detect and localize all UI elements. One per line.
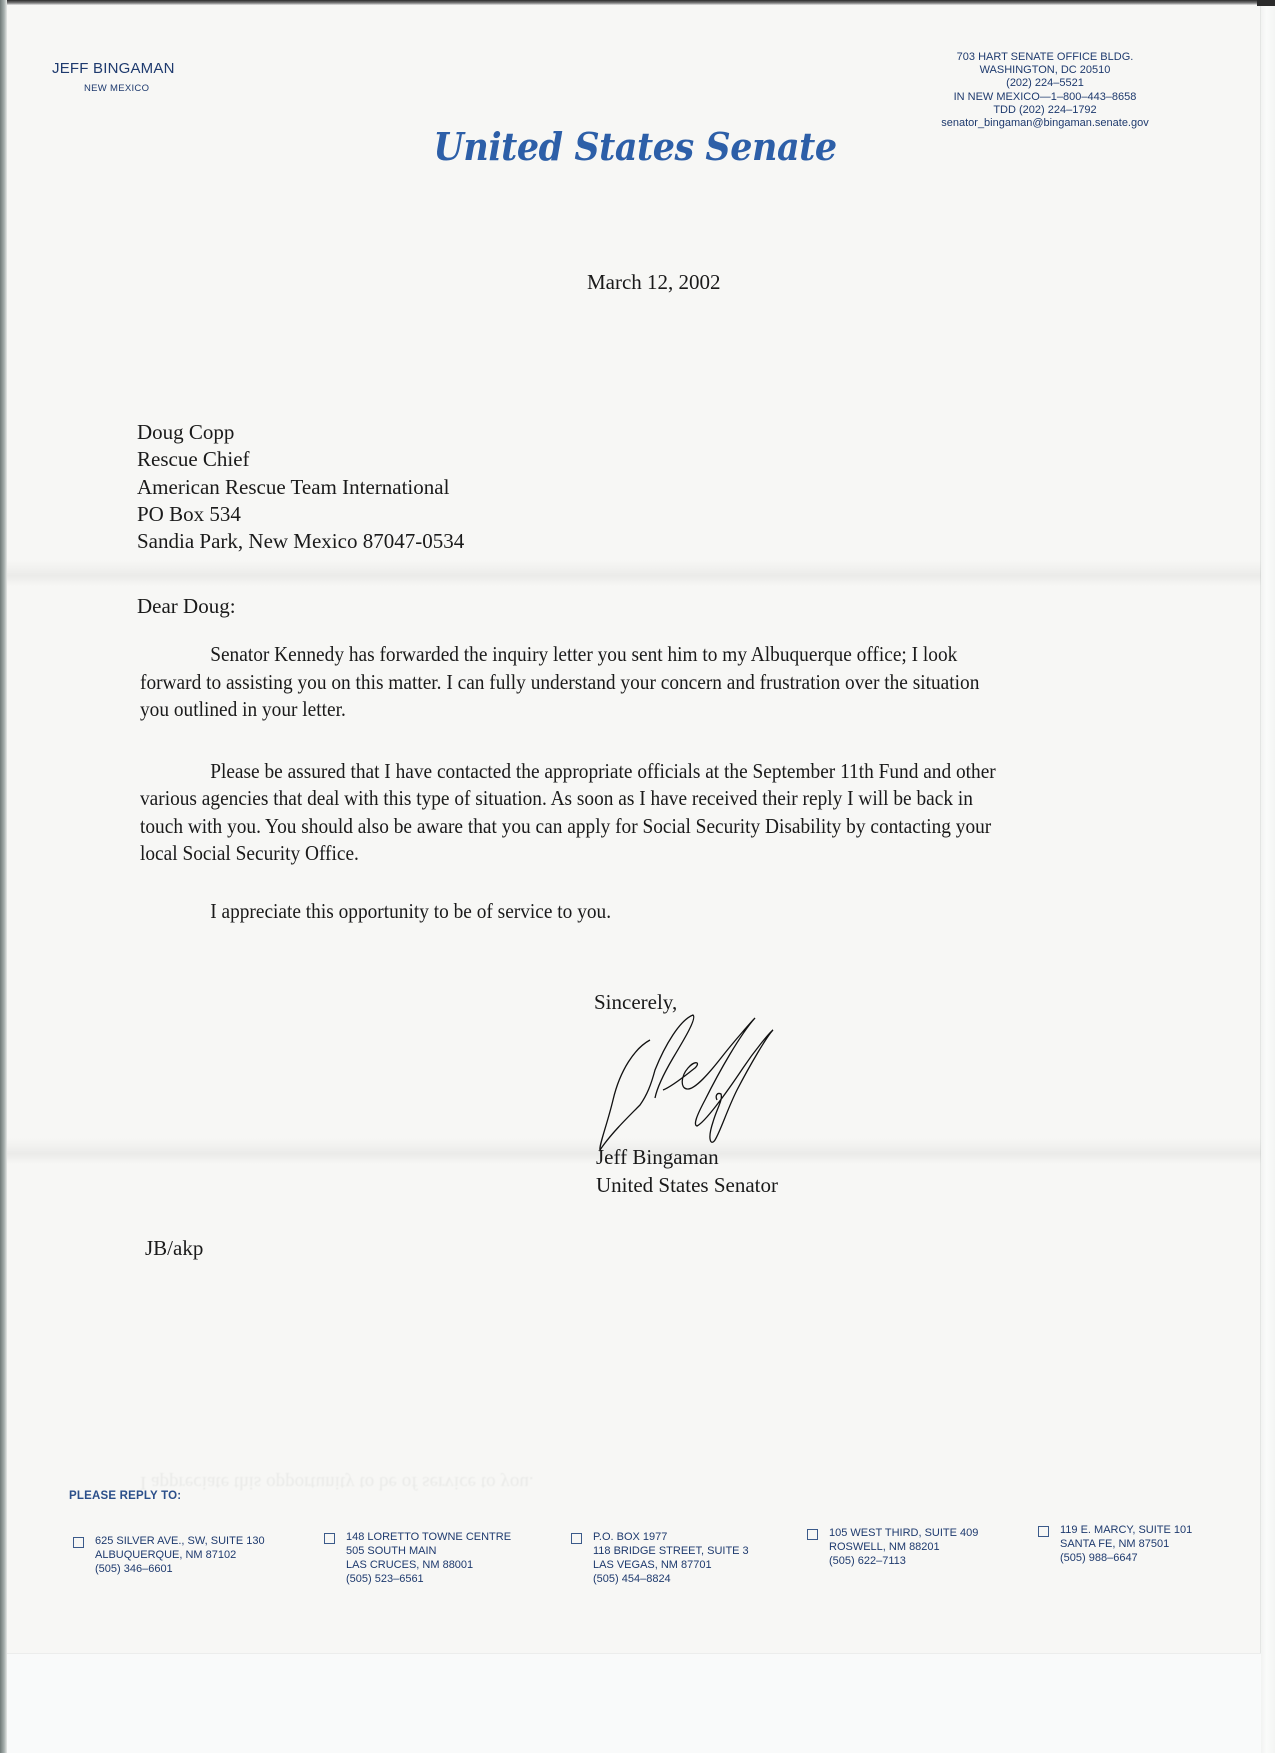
reply-to-label: PLEASE REPLY TO: <box>69 1490 181 1502</box>
recipient-organization: American Rescue Team International <box>137 474 464 501</box>
page-bottom-edge <box>7 1653 1261 1753</box>
office-albuquerque: 625 SILVER AVE., SW, SUITE 130 ALBUQUERQ… <box>95 1534 265 1576</box>
office-phone: (505) 346–6601 <box>95 1562 265 1576</box>
contact-nm-phone: IN NEW MEXICO—1–800–443–8658 <box>895 91 1195 104</box>
office-line: SANTA FE, NM 87501 <box>1060 1537 1192 1551</box>
contact-city: WASHINGTON, DC 20510 <box>895 64 1195 77</box>
sender-state: NEW MEXICO <box>84 83 149 94</box>
office-line: 119 E. MARCY, SUITE 101 <box>1060 1523 1192 1537</box>
recipient-city: Sandia Park, New Mexico 87047-0534 <box>137 528 464 555</box>
office-phone: (505) 622–7113 <box>829 1554 978 1568</box>
recipient-title: Rescue Chief <box>137 446 464 473</box>
recipient-po-box: PO Box 534 <box>137 501 464 528</box>
office-checkbox[interactable] <box>571 1533 582 1544</box>
office-las-cruces: 148 LORETTO TOWNE CENTRE 505 SOUTH MAIN … <box>346 1530 511 1586</box>
office-line: 505 SOUTH MAIN <box>346 1544 511 1558</box>
paper-fold-line <box>7 560 1261 586</box>
signer-block: Jeff Bingaman United States Senator <box>596 1143 778 1199</box>
office-phone: (505) 454–8824 <box>593 1572 749 1586</box>
contact-address: 703 HART SENATE OFFICE BLDG. <box>895 51 1195 64</box>
office-checkbox[interactable] <box>1038 1526 1049 1537</box>
body-paragraph: Senator Kennedy has forwarded the inquir… <box>140 641 1004 724</box>
reference-initials: JB/akp <box>145 1236 203 1261</box>
body-paragraph: I appreciate this opportunity to be of s… <box>140 898 1004 926</box>
office-las-vegas: P.O. BOX 1977 118 BRIDGE STREET, SUITE 3… <box>593 1530 749 1586</box>
scan-edge-left <box>0 0 7 1753</box>
office-checkbox[interactable] <box>73 1537 84 1548</box>
office-line: ALBUQUERQUE, NM 87102 <box>95 1548 265 1562</box>
office-santa-fe: 119 E. MARCY, SUITE 101 SANTA FE, NM 875… <box>1060 1523 1192 1565</box>
scan-edge-right <box>1260 6 1275 1753</box>
office-line: 118 BRIDGE STREET, SUITE 3 <box>593 1544 749 1558</box>
office-checkbox[interactable] <box>324 1533 335 1544</box>
recipient-address: Doug Copp Rescue Chief American Rescue T… <box>137 419 464 555</box>
body-paragraph: Please be assured that I have contacted … <box>140 758 1004 868</box>
office-line: 105 WEST THIRD, SUITE 409 <box>829 1526 978 1540</box>
letterhead-title: United States Senate <box>400 124 869 169</box>
bleed-line: I appreciate this opportunity to be of s… <box>140 1469 1140 1495</box>
letter-date: March 12, 2002 <box>587 270 721 295</box>
office-line: LAS VEGAS, NM 87701 <box>593 1558 749 1572</box>
office-line: 625 SILVER AVE., SW, SUITE 130 <box>95 1534 265 1548</box>
office-line: ROSWELL, NM 88201 <box>829 1540 978 1554</box>
signer-name: Jeff Bingaman <box>596 1143 778 1171</box>
office-phone: (505) 988–6647 <box>1060 1551 1192 1565</box>
office-roswell: 105 WEST THIRD, SUITE 409 ROSWELL, NM 88… <box>829 1526 978 1568</box>
scan-edge-top <box>0 0 1275 5</box>
salutation: Dear Doug: <box>137 594 236 619</box>
office-line: P.O. BOX 1977 <box>593 1530 749 1544</box>
office-phone: (505) 523–6561 <box>346 1572 511 1586</box>
signer-title: United States Senator <box>596 1171 778 1199</box>
sender-name: JEFF BINGAMAN <box>52 60 175 77</box>
contact-email: senator_bingaman@bingaman.senate.gov <box>895 117 1195 130</box>
letter-body: Senator Kennedy has forwarded the inquir… <box>140 641 1004 959</box>
office-line: LAS CRUCES, NM 88001 <box>346 1558 511 1572</box>
signature-icon <box>595 1010 785 1160</box>
office-checkbox[interactable] <box>807 1529 818 1540</box>
office-line: 148 LORETTO TOWNE CENTRE <box>346 1530 511 1544</box>
contact-phone: (202) 224–5521 <box>895 77 1195 90</box>
sender-contact-block: 703 HART SENATE OFFICE BLDG. WASHINGTON,… <box>895 51 1195 130</box>
contact-tdd: TDD (202) 224–1792 <box>895 104 1195 117</box>
ink-bleed-through: I appreciate this opportunity to be of s… <box>140 1345 1140 1495</box>
recipient-name: Doug Copp <box>137 419 464 446</box>
